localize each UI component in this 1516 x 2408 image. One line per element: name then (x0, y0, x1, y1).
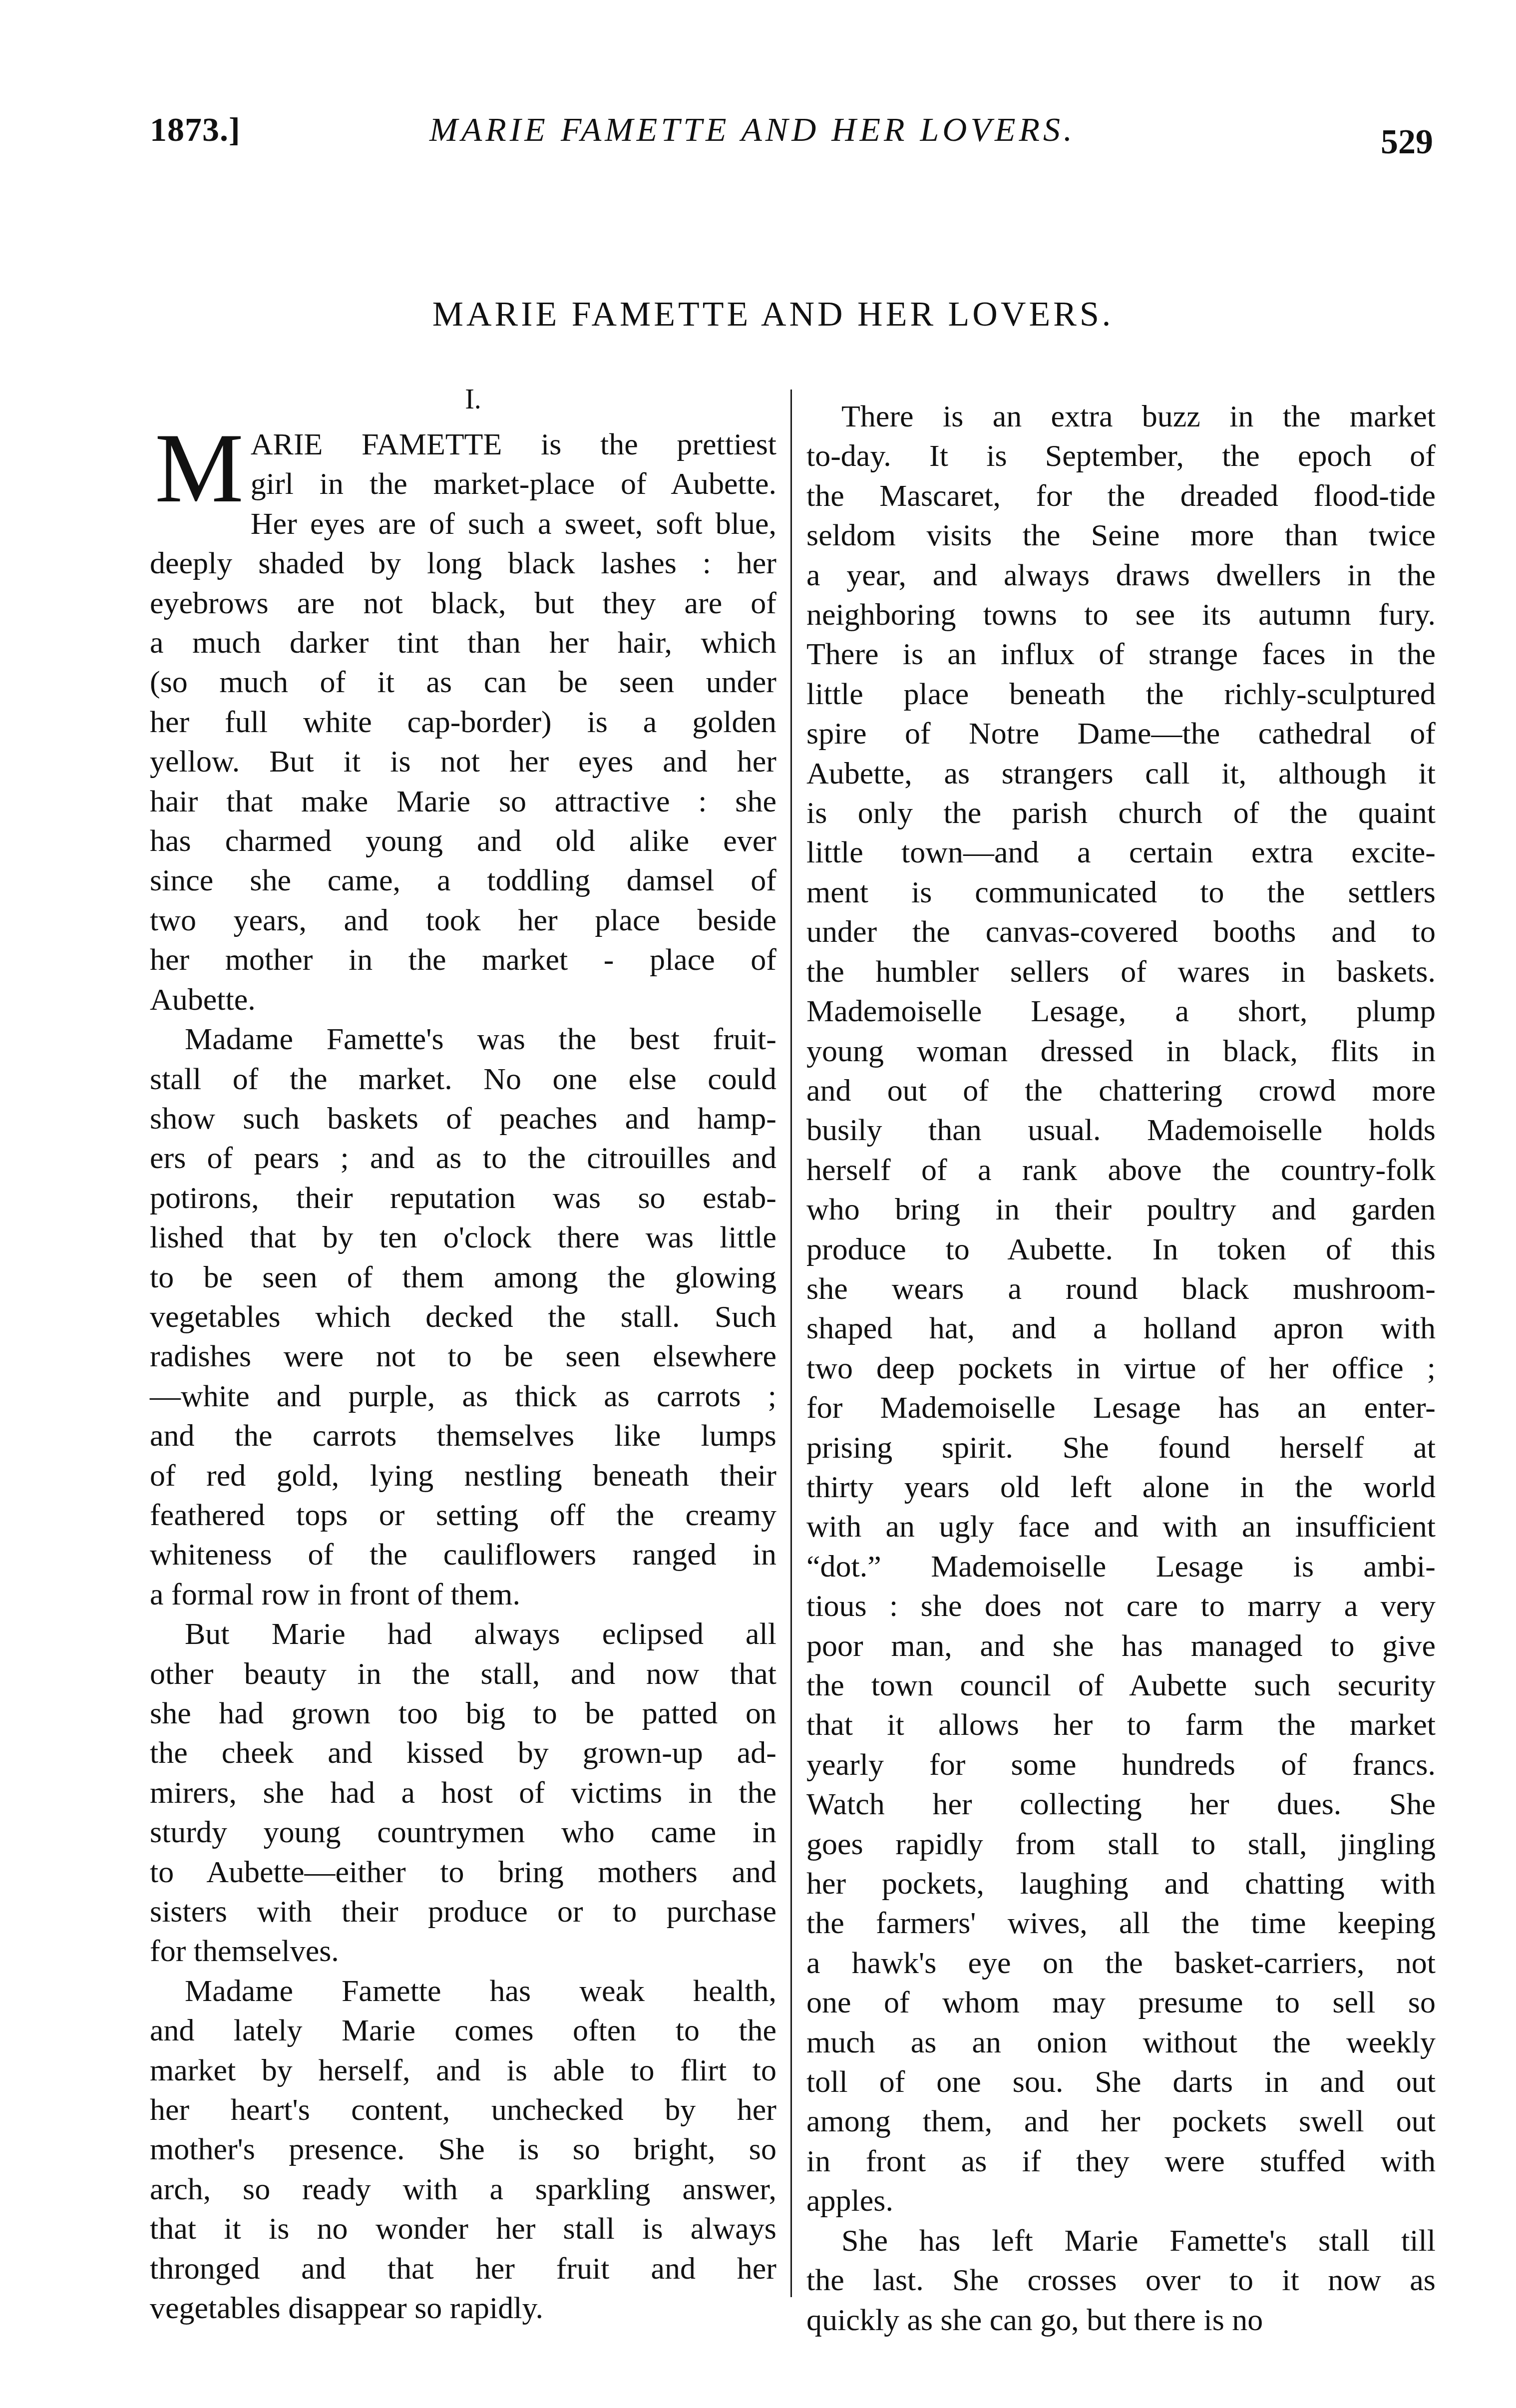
paragraph: MARIE FAMETTE is the prettiestgirl in th… (150, 425, 776, 1020)
paragraph: There is an extra buzz in the marketto-d… (806, 397, 1436, 2221)
text-line: vegetables which decked the stall. Such (150, 1297, 776, 1337)
text-line: herself of a rank above the country-folk (806, 1151, 1436, 1190)
text-line: is only the parish church of the quaint (806, 794, 1436, 833)
text-line: produce to Aubette. In token of this (806, 1230, 1436, 1269)
text-line: of red gold, lying nestling beneath thei… (150, 1456, 776, 1496)
text-line: and the carrots themselves like lumps (150, 1416, 776, 1456)
text-line: sisters with their produce or to purchas… (150, 1892, 776, 1932)
text-line: for themselves. (150, 1932, 776, 1971)
text-line: vegetables disappear so rapidly. (150, 2289, 776, 2328)
text-line: girl in the market-place of Aubette. (150, 464, 776, 504)
text-line: to be seen of them among the glowing (150, 1258, 776, 1297)
text-line: the humbler sellers of wares in baskets. (806, 952, 1436, 992)
text-line: sturdy young countrymen who came in (150, 1813, 776, 1852)
text-line: ment is communicated to the settlers (806, 873, 1436, 912)
text-line: yellow. But it is not her eyes and her (150, 742, 776, 782)
text-line: tious : she does not care to marry a ver… (806, 1587, 1436, 1626)
text-line: ARIE FAMETTE is the prettiest (150, 425, 776, 464)
text-line: the town council of Aubette such securit… (806, 1666, 1436, 1705)
text-line: shaped hat, and a holland apron with (806, 1309, 1436, 1348)
text-line: she wears a round black mushroom- (806, 1269, 1436, 1309)
text-line: show such baskets of peaches and hamp- (150, 1099, 776, 1139)
text-line: and lately Marie comes often to the (150, 2011, 776, 2050)
right-column-text: There is an extra buzz in the marketto-d… (806, 397, 1436, 2340)
running-head-year: 1873.] (150, 110, 241, 149)
text-line: yearly for some hundreds of francs. (806, 1745, 1436, 1785)
text-line: two years, and took her place beside (150, 901, 776, 940)
text-line: that it is no wonder her stall is always (150, 2209, 776, 2249)
text-line: the cheek and kissed by grown-up ad- (150, 1733, 776, 1773)
text-line: thirty years old left alone in the world (806, 1468, 1436, 1507)
text-line: the last. She crosses over to it now as (806, 2261, 1436, 2300)
text-line: a much darker tint than her hair, which (150, 623, 776, 663)
text-line: hair that make Marie so attractive : she (150, 782, 776, 821)
text-line: mirers, she had a host of victims in the (150, 1773, 776, 1813)
text-line: a formal row in front of them. (150, 1575, 776, 1614)
running-head: 1873.] MARIE FAMETTE AND HER LOVERS. 529 (150, 95, 1438, 155)
text-line: her pockets, laughing and chatting with (806, 1864, 1436, 1904)
text-line: Her eyes are of such a sweet, soft blue, (150, 504, 776, 544)
text-line: her full white cap-border) is a golden (150, 703, 776, 742)
text-line: has charmed young and old alike ever (150, 821, 776, 861)
text-line: two deep pockets in virtue of her office… (806, 1349, 1436, 1388)
text-line: neighboring towns to see its autumn fury… (806, 595, 1436, 635)
text-line: young woman dressed in black, flits in (806, 1032, 1436, 1071)
column-divider (790, 390, 792, 2297)
text-line: to-day. It is September, the epoch of (806, 436, 1436, 476)
text-line: the farmers' wives, all the time keeping (806, 1904, 1436, 1943)
text-line: Watch her collecting her dues. She (806, 1785, 1436, 1824)
text-line: with an ugly face and with an insufficie… (806, 1507, 1436, 1547)
text-line: market by herself, and is able to flirt … (150, 2051, 776, 2090)
text-line: Madame Famette's was the best fruit- (150, 1020, 776, 1059)
text-line: Madame Famette has weak health, (150, 1972, 776, 2011)
running-head-title: MARIE FAMETTE AND HER LOVERS. (429, 110, 1076, 149)
text-line: ers of pears ; and as to the citrouilles… (150, 1139, 776, 1178)
text-line: prising spirit. She found herself at (806, 1428, 1436, 1468)
text-line: who bring in their poultry and garden (806, 1190, 1436, 1229)
text-line: deeply shaded by long black lashes : her (150, 544, 776, 583)
text-line: spire of Notre Dame—the cathedral of (806, 714, 1436, 754)
text-line: whiteness of the cauliflowers ranged in (150, 1535, 776, 1575)
right-column: There is an extra buzz in the marketto-d… (806, 397, 1436, 2340)
section-number: I. (150, 382, 776, 417)
paragraph: But Marie had always eclipsed allother b… (150, 1614, 776, 1972)
text-line: busily than usual. Mademoiselle holds (806, 1111, 1436, 1150)
text-line: toll of one sou. She darts in and out (806, 2062, 1436, 2102)
text-line: a hawk's eye on the basket-carriers, not (806, 1944, 1436, 1983)
text-line: quickly as she can go, but there is no (806, 2301, 1436, 2340)
text-line: her heart's content, unchecked by her (150, 2090, 776, 2130)
text-line: that it allows her to farm the market (806, 1705, 1436, 1745)
text-line: her mother in the market - place of (150, 940, 776, 980)
text-line: little place beneath the richly-sculptur… (806, 675, 1436, 714)
text-line: under the canvas-covered booths and to (806, 912, 1436, 952)
text-line: stall of the market. No one else could (150, 1060, 776, 1099)
article-title: MARIE FAMETTE AND HER LOVERS. (0, 295, 1516, 335)
text-line: Aubette. (150, 980, 776, 1020)
text-line: to Aubette—either to bring mothers and (150, 1853, 776, 1892)
text-line: lished that by ten o'clock there was lit… (150, 1218, 776, 1257)
text-line: since she came, a toddling damsel of (150, 861, 776, 900)
text-line: “dot.” Mademoiselle Lesage is ambi- (806, 1547, 1436, 1587)
text-line: radishes were not to be seen elsewhere (150, 1337, 776, 1376)
text-line: she had grown too big to be patted on (150, 1694, 776, 1733)
text-line: mother's presence. She is so bright, so (150, 2130, 776, 2169)
text-line: the Mascaret, for the dreaded flood-tide (806, 476, 1436, 516)
text-line: other beauty in the stall, and now that (150, 1654, 776, 1694)
text-line: apples. (806, 2181, 1436, 2221)
text-line: in front as if they were stuffed with (806, 2142, 1436, 2181)
text-line: arch, so ready with a sparkling answer, (150, 2170, 776, 2209)
text-line: —white and purple, as thick as carrots ; (150, 1377, 776, 1416)
text-line: seldom visits the Seine more than twice (806, 516, 1436, 555)
paragraph: Madame Famette's was the best fruit-stal… (150, 1020, 776, 1614)
text-line: Mademoiselle Lesage, a short, plump (806, 992, 1436, 1031)
text-line: potirons, their reputation was so estab- (150, 1179, 776, 1218)
text-line: There is an influx of strange faces in t… (806, 635, 1436, 674)
text-line: poor man, and she has managed to give (806, 1626, 1436, 1666)
paragraph: Madame Famette has weak health,and latel… (150, 1972, 776, 2329)
text-line: eyebrows are not black, but they are of (150, 584, 776, 623)
left-column-text: MARIE FAMETTE is the prettiestgirl in th… (150, 425, 776, 2329)
text-line: goes rapidly from stall to stall, jingli… (806, 1825, 1436, 1864)
text-line: among them, and her pockets swell out (806, 2102, 1436, 2141)
text-line: and out of the chattering crowd more (806, 1071, 1436, 1111)
text-line: a year, and always draws dwellers in the (806, 556, 1436, 595)
drop-cap: M (155, 431, 244, 506)
text-line: But Marie had always eclipsed all (150, 1614, 776, 1654)
left-column: I. MARIE FAMETTE is the prettiestgirl in… (150, 382, 776, 2329)
text-line: feathered tops or setting off the creamy (150, 1496, 776, 1535)
paragraph: She has left Marie Famette's stall tillt… (806, 2221, 1436, 2340)
text-line: Aubette, as strangers call it, although … (806, 754, 1436, 794)
text-line: much as an onion without the weekly (806, 2023, 1436, 2062)
text-line: There is an extra buzz in the market (806, 397, 1436, 436)
text-line: little town—and a certain extra excite- (806, 833, 1436, 872)
text-line: (so much of it as can be seen under (150, 663, 776, 702)
text-line: thronged and that her fruit and her (150, 2249, 776, 2289)
text-line: for Mademoiselle Lesage has an enter- (806, 1388, 1436, 1428)
text-line: one of whom may presume to sell so (806, 1983, 1436, 2022)
page-number: 529 (1381, 122, 1433, 162)
text-line: She has left Marie Famette's stall till (806, 2221, 1436, 2261)
